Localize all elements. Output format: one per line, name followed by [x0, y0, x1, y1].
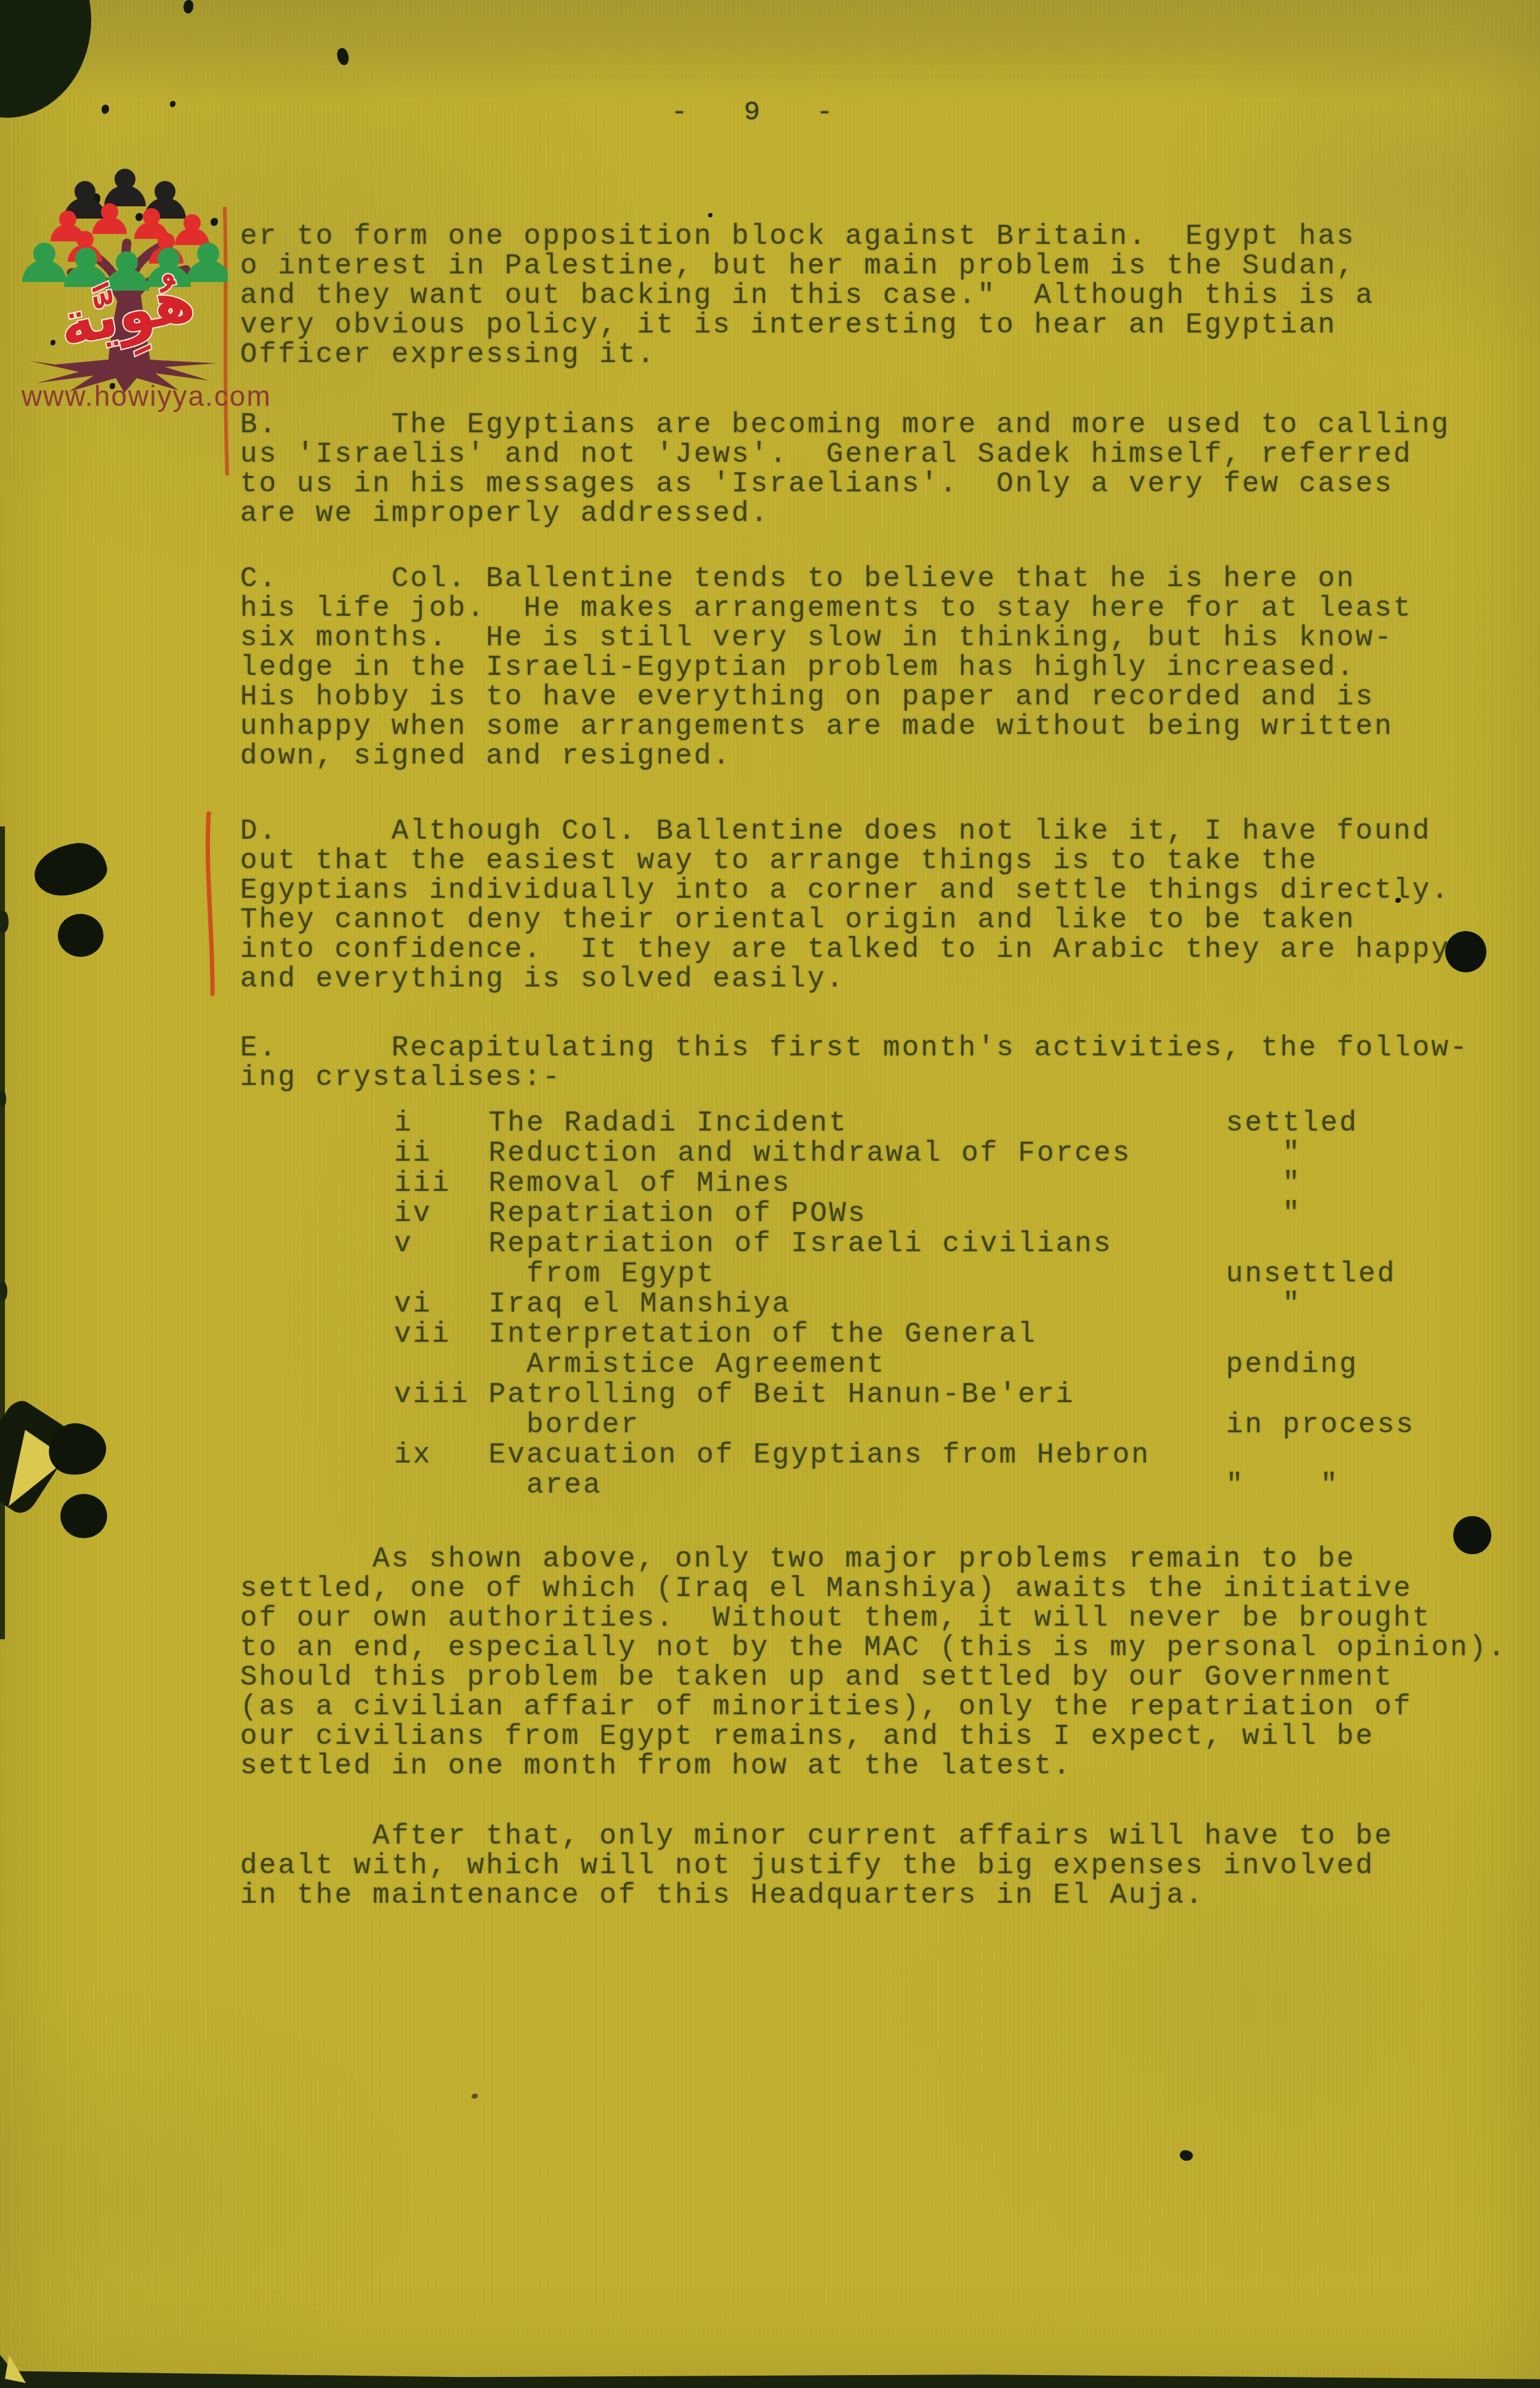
ink-blot [58, 914, 103, 957]
page-number: - 9 - [671, 97, 835, 128]
red-annotation-line [203, 812, 217, 996]
people-figures-black [64, 169, 186, 219]
paragraph-c: C. Col. Ballentine tends to believe that… [240, 564, 1413, 771]
activities-status-list: i The Radadi Incident settled ii Reducti… [394, 1108, 1415, 1501]
left-edge-mark [0, 1091, 6, 1107]
ink-blot [60, 1494, 107, 1538]
scan-edge-left [0, 826, 5, 1639]
hole-punch-right [1445, 931, 1486, 972]
paragraph-closing: After that, only minor current affairs w… [240, 1821, 1393, 1910]
paragraph-b: B. The Egyptians are becoming more and m… [240, 410, 1450, 528]
howiyya-logo: هُوِيَّة [18, 148, 228, 397]
paragraph-e: E. Recapitulating this first month's act… [240, 1033, 1469, 1092]
left-edge-mark [0, 911, 9, 932]
paragraph-summary: As shown above, only two major problems … [240, 1544, 1507, 1781]
howiyya-url: www.howiyya.com [22, 379, 272, 413]
left-edge-mark [0, 1282, 7, 1301]
paragraph-a-continuation: er to form one opposition block against … [240, 222, 1374, 369]
paragraph-d: D. Although Col. Ballentine does not lik… [240, 817, 1450, 994]
